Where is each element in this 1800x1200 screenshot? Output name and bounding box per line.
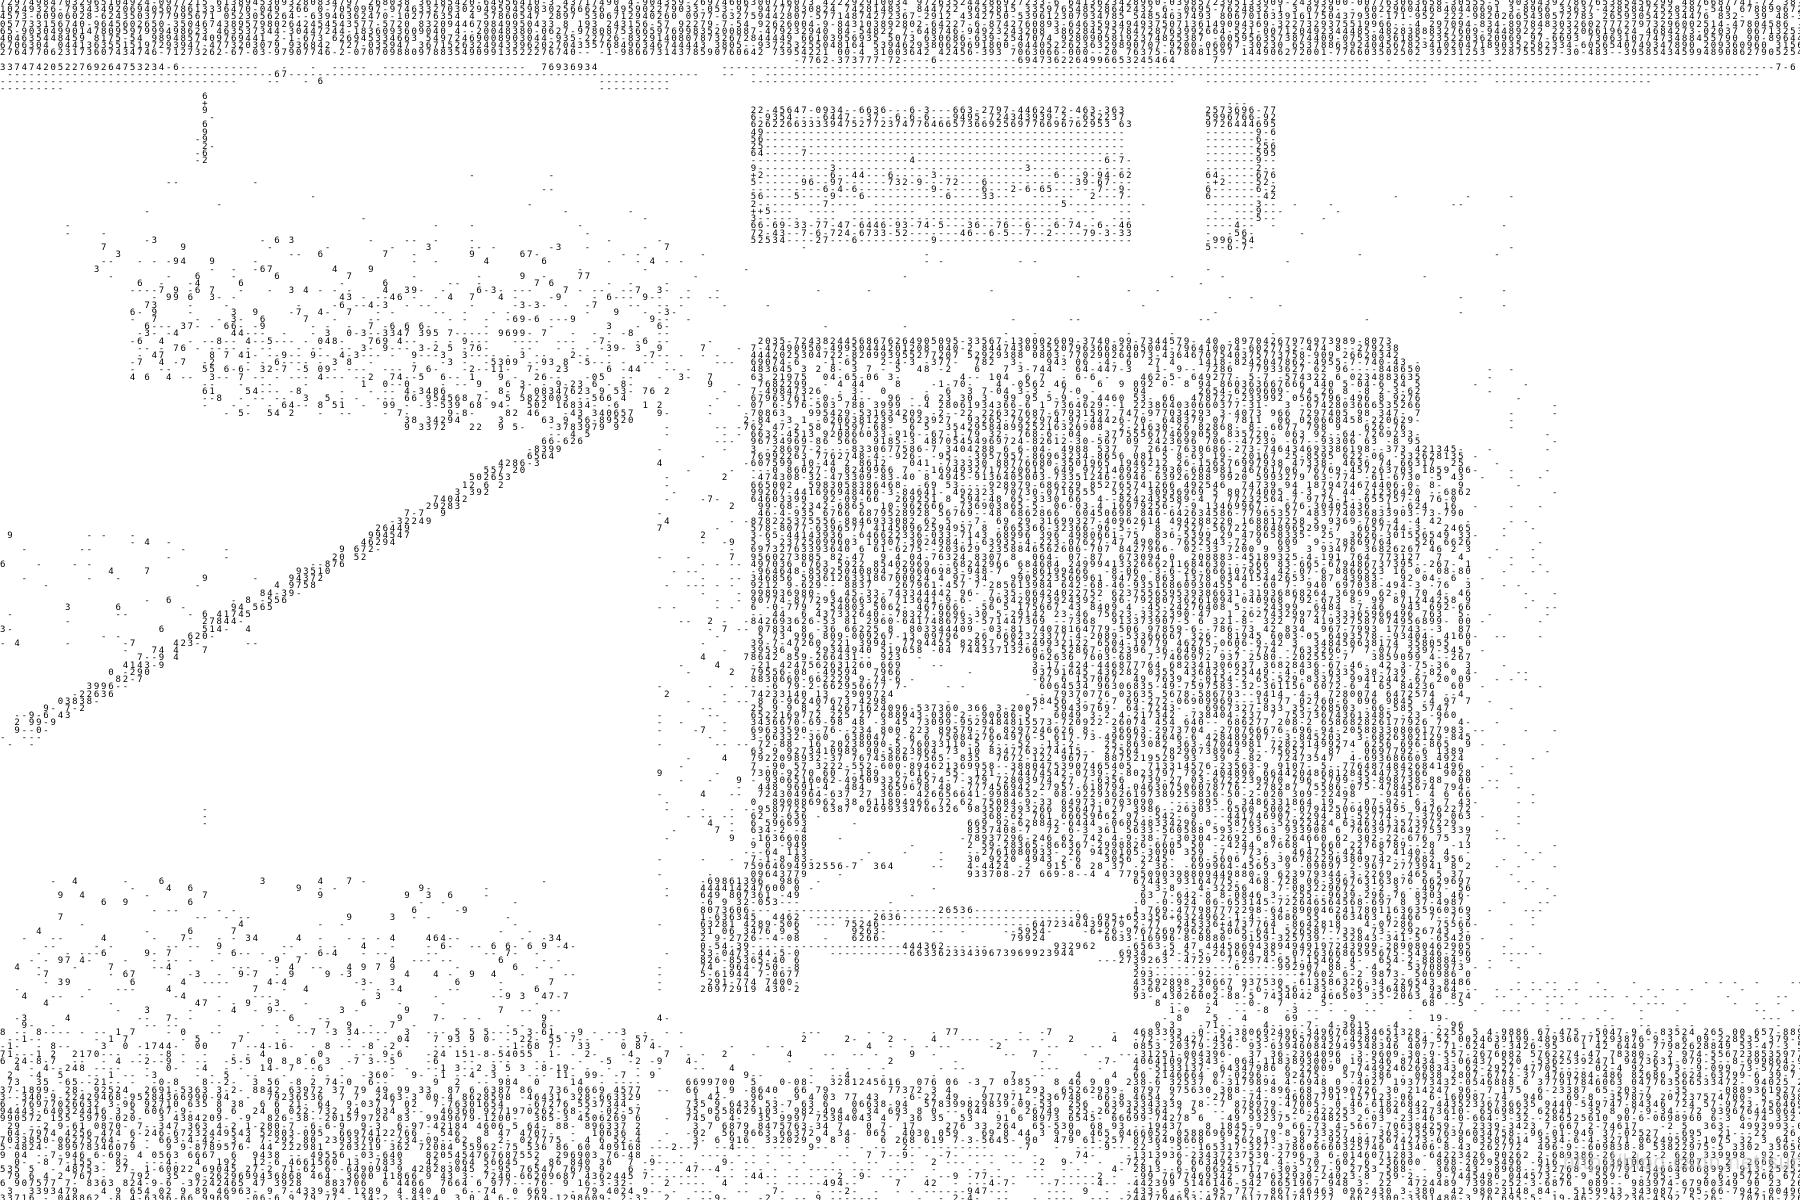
watermark-url: http://blog.csdn.net/sun: [1563, 1151, 1800, 1175]
ascii-art: 729749847032965104924-0977215 6138945309…: [0, 0, 1800, 1200]
ascii-art-page: 729749847032965104924-0977215 6138945309…: [0, 0, 1800, 1200]
